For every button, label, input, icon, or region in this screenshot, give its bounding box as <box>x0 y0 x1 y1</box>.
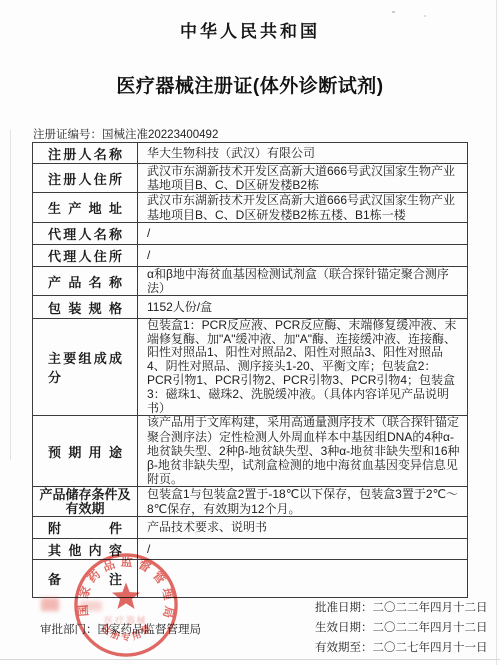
certificate-title: 医疗器械注册证(体外诊断试剂) <box>0 71 500 98</box>
row-label: 代理人住所 <box>33 245 138 266</box>
table-row: 生产地址 武汉市东湖新技术开发区高新大道666号武汉国家生物产业基地项目B、C、… <box>33 192 467 222</box>
row-value: / <box>138 539 467 559</box>
table-row: 产品储存条件及有效期 包装盒1与包装盒2置于-18℃以下保存，包装盒3置于2℃～… <box>33 486 467 516</box>
row-label: 主要组成成分 <box>33 319 138 415</box>
scan-edge-right <box>496 0 497 665</box>
row-label: 备注 <box>33 560 138 597</box>
effective-date: 生效日期：二〇二二年四月十二日 <box>315 619 488 639</box>
table-row: 注册人名称 华大生物科技（武汉）有限公司 <box>33 143 467 163</box>
table-row: 其他内容 / <box>33 538 467 559</box>
row-value: 武汉市东湖新技术开发区高新大道666号武汉国家生物产业基地项目B、C、D区研发楼… <box>138 193 467 222</box>
registration-number: 注册证编号：国械注准20223400492 <box>33 126 218 142</box>
row-label: 注册人住所 <box>33 164 138 192</box>
row-value: 武汉市东湖新技术开发区高新大道666号武汉国家生物产业基地项目B、C、D区研发楼… <box>138 164 467 192</box>
row-label: 生产地址 <box>33 193 138 222</box>
date-block: 批准日期：二〇二二年四月十二日 生效日期：二〇二二年四月十二日 有效期至：二〇二… <box>315 599 488 658</box>
expiry-date: 有效期至：二〇二七年四月十一日 <box>315 639 488 659</box>
table-row: 代理人名称 / <box>33 222 467 244</box>
table-row: 备注 <box>33 559 467 597</box>
table-row: 代理人住所 / <box>33 244 467 266</box>
row-label: 其他内容 <box>33 539 138 559</box>
table-row: 附件 产品技术要求、说明书 <box>33 516 467 538</box>
table-row: 主要组成成分 包装盒1：PCR反应液、PCR反应酶、末端修复缓冲液、末端修复酶、… <box>33 318 467 415</box>
row-value: 1152人份/盒 <box>138 296 467 318</box>
row-value: 该产品用于文库构建，采用高通量测序技术（联合探针锚定聚合测序法）定性检测人外周血… <box>138 416 467 486</box>
row-label: 注册人名称 <box>33 143 138 163</box>
row-value: 包装盒1与包装盒2置于-18℃以下保存，包装盒3置于2℃～8℃保存，有效期为12… <box>138 487 467 516</box>
scan-edge-bottom <box>0 659 500 660</box>
scan-speck <box>392 11 395 13</box>
row-label: 包装规格 <box>33 296 138 318</box>
stamp-smudge <box>41 598 59 611</box>
row-label: 代理人名称 <box>33 223 138 244</box>
country-title: 中华人民共和国 <box>0 17 500 42</box>
certificate-table: 注册人名称 华大生物科技（武汉）有限公司 注册人住所 武汉市东湖新技术开发区高新… <box>32 142 468 598</box>
table-row: 产品名称 α和β地中海贫血基因检测试剂盒（联合探针锚定聚合测序法） <box>33 266 467 295</box>
table-row: 预期用途 该产品用于文库构建，采用高通量测序技术（联合探针锚定聚合测序法）定性检… <box>33 415 467 486</box>
certificate-page: 中华人民共和国 医疗器械注册证(体外诊断试剂) 注册证编号：国械注准202234… <box>0 0 500 665</box>
row-value: / <box>138 223 467 244</box>
stamp-smudge <box>80 601 102 611</box>
table-row: 包装规格 1152人份/盒 <box>33 295 467 318</box>
row-label: 产品储存条件及有效期 <box>33 487 138 516</box>
table-row: 注册人住所 武汉市东湖新技术开发区高新大道666号武汉国家生物产业基地项目B、C… <box>33 163 467 192</box>
row-value <box>138 560 467 597</box>
row-value: 华大生物科技（武汉）有限公司 <box>138 143 467 163</box>
row-value: 包装盒1：PCR反应液、PCR反应酶、末端修复缓冲液、末端修复酶、加"A"缓冲液… <box>138 319 467 415</box>
scan-edge-left <box>10 130 11 460</box>
row-label: 产品名称 <box>33 267 138 295</box>
approval-department: 审批部门：国家药品监督管理局 <box>40 621 201 637</box>
row-value: α和β地中海贫血基因检测试剂盒（联合探针锚定聚合测序法） <box>138 267 467 295</box>
approval-date: 批准日期：二〇二二年四月十二日 <box>315 599 488 619</box>
row-label: 附件 <box>33 517 138 538</box>
row-value: / <box>138 245 467 266</box>
row-label: 预期用途 <box>33 416 138 486</box>
row-value: 产品技术要求、说明书 <box>138 517 467 538</box>
